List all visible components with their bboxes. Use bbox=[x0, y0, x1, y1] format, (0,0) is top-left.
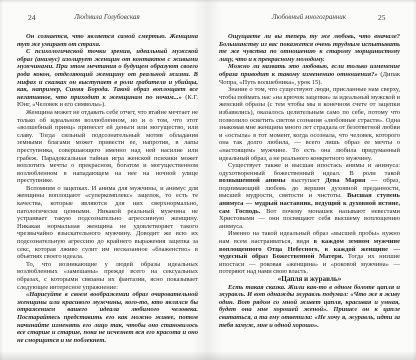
section-heading-fairy-tale: «Цапля и журавль» bbox=[219, 276, 400, 284]
text-run: выступает bbox=[286, 177, 326, 184]
body-paragraph: То, что возникающие у людей образы идеал… bbox=[17, 261, 198, 291]
body-paragraph: Знание о том, что существуют люди, присл… bbox=[219, 86, 400, 162]
exercise-quote-paragraph: «Нарисуйте в своем воображении образ оча… bbox=[17, 291, 198, 344]
left-page-text-column: Он сознается, что является самой смертью… bbox=[17, 33, 198, 344]
chopra-quote-text: Можно ли назвать это любовью, если тольк… bbox=[219, 63, 400, 78]
scan-left-edge-shadow bbox=[0, 0, 3, 360]
bold-run: Дева Мария bbox=[325, 177, 365, 184]
jung-quote-text: С психологической точки зрения, идеальны… bbox=[17, 48, 198, 101]
quote-paragraph: Он сознается, что является самой смертью… bbox=[17, 33, 198, 48]
body-paragraph: Женщина может не отдавать себе отчет, чт… bbox=[17, 109, 198, 185]
running-header-book-title: Любовный многогранник bbox=[219, 13, 399, 22]
bold-run: возвышенной анимы bbox=[219, 177, 286, 184]
right-page-text-column: Ощущаете ли вы теперь ту же любовь, что … bbox=[219, 33, 400, 329]
text-run: Существует также и высшая ипостась анимы… bbox=[219, 162, 400, 177]
fairy-tale-quote-paragraph: Есть такая сказка. Жили как-то в одном б… bbox=[219, 284, 400, 330]
body-paragraph: Вспомним о зацепках. И анима для мужчины… bbox=[17, 185, 198, 261]
running-header-author: Людмила Голубовская bbox=[17, 13, 197, 22]
body-paragraph-with-emphasis: Именно на такой идеальный образ «высшей … bbox=[219, 230, 400, 276]
quote-paragraph-with-attribution: С психологической точки зрения, идеальны… bbox=[17, 48, 198, 109]
page-number-right: 25 bbox=[378, 13, 386, 22]
book-spread-scan: 24 Людмила Голубовская Он сознается, что… bbox=[0, 0, 416, 360]
body-paragraph-with-emphasis: Существует также и высшая ипостась анимы… bbox=[219, 162, 400, 230]
quote-paragraph-with-attribution: Можно ли назвать это любовью, если тольк… bbox=[219, 63, 400, 86]
scan-bottom-edge-shadow bbox=[0, 352, 416, 360]
exercise-quote-continuation: Ощущаете ли вы теперь ту же любовь, что … bbox=[219, 33, 400, 63]
